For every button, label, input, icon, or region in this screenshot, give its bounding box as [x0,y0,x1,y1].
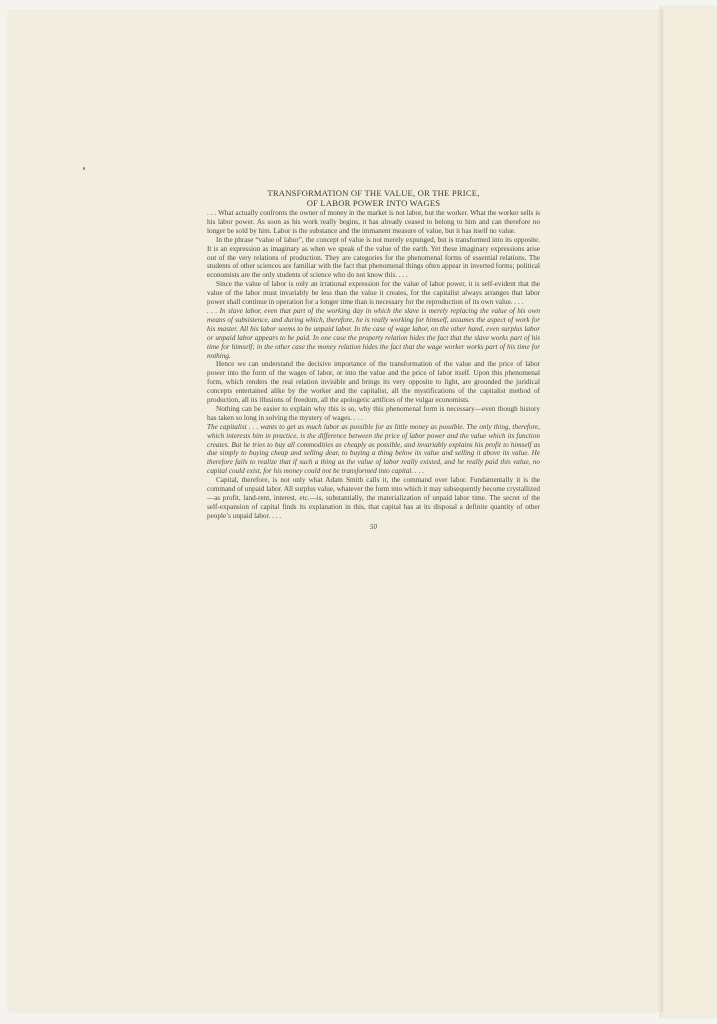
title-line-1: TRANSFORMATION OF THE VALUE, OR THE PRIC… [207,188,540,198]
paragraph-8: Capital, therefore, is not only what Ada… [207,476,540,521]
paper-speck [83,167,85,170]
paragraph-3: Since the value of labor is only an irra… [207,280,540,307]
paragraph-4-italic-quote: . . . In slave labor, even that part of … [207,307,540,360]
page-number: 50 [207,523,540,532]
paragraph-6: Nothing can be easier to explain why thi… [207,405,540,423]
page-text-block: TRANSFORMATION OF THE VALUE, OR THE PRIC… [207,188,540,532]
page-fold-shadow [657,10,663,1012]
page-title: TRANSFORMATION OF THE VALUE, OR THE PRIC… [207,188,540,208]
title-line-2: OF LABOR POWER INTO WAGES [207,198,540,208]
paragraph-2: In the phrase “value of labor”, the conc… [207,236,540,281]
adjacent-page-edge [660,6,717,1018]
paragraph-1: . . . What actually confronts the owner … [207,209,540,236]
paragraph-7-italic-quote: The capitalist . . . wants to get as muc… [207,423,540,476]
paragraph-5: Hence we can understand the decisive imp… [207,360,540,405]
